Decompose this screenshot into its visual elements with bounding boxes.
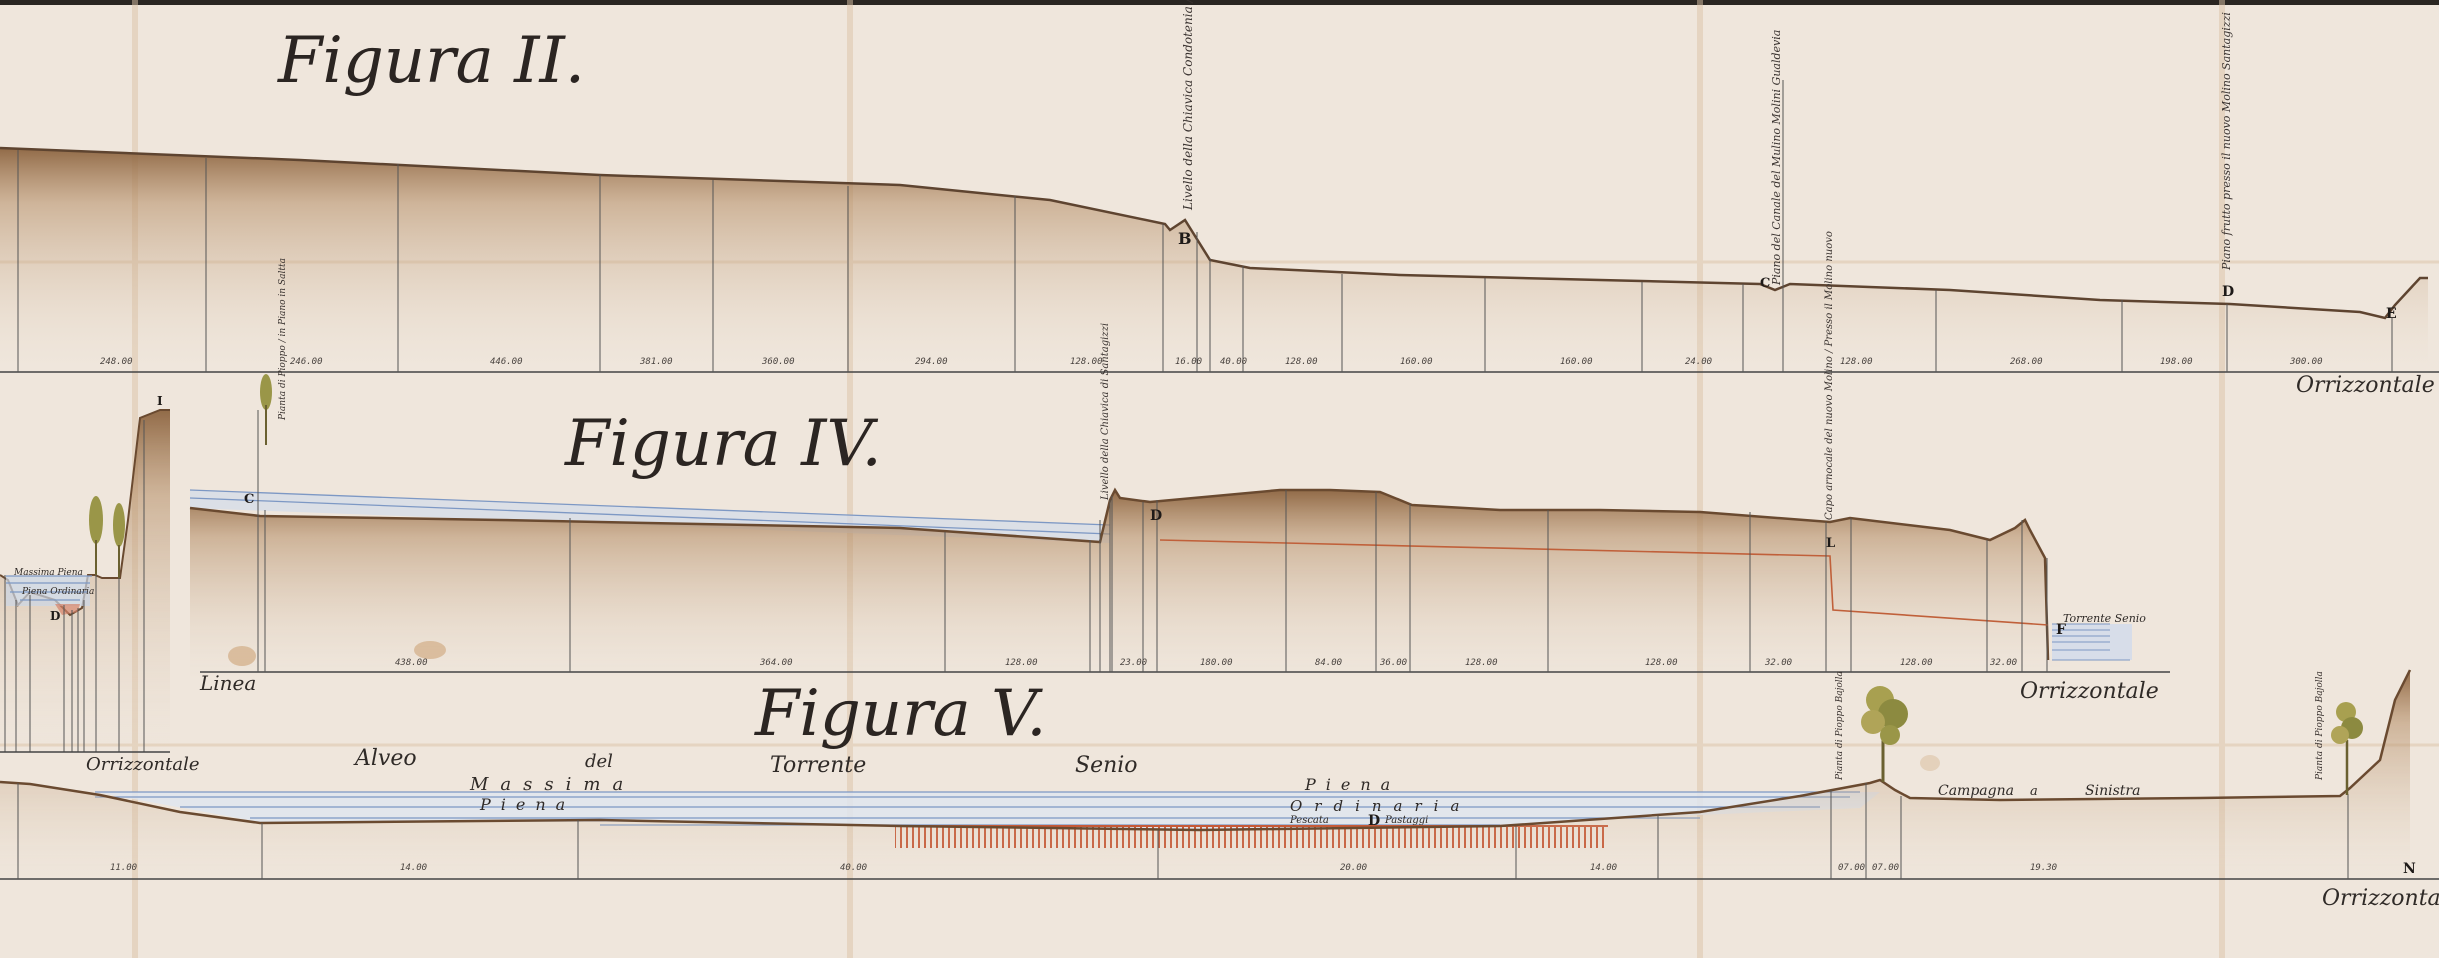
- svg-text:36.00: 36.00: [1379, 658, 1407, 668]
- a-label: a: [2030, 784, 2038, 799]
- annotation-C: Piano del Canale del Mulino Molini Guald…: [1770, 30, 1783, 286]
- svg-text:07.00: 07.00: [1872, 863, 1899, 873]
- svg-text:128.00: 128.00: [1070, 357, 1103, 367]
- svg-text:14.00: 14.00: [400, 863, 427, 873]
- svg-text:128.00: 128.00: [1465, 658, 1498, 668]
- fig5-orrizzontale: Orrizzontale: [2322, 886, 2439, 911]
- poplar-tree-C: [260, 374, 272, 445]
- svg-text:19.30: 19.30: [2030, 863, 2057, 873]
- svg-text:84.00: 84.00: [1315, 658, 1342, 668]
- svg-text:128.00: 128.00: [1900, 658, 1933, 668]
- svg-text:294.00: 294.00: [915, 357, 948, 367]
- annotation-B: Livello della Chiavica Condotenia / Fond…: [1181, 0, 1195, 211]
- torrente-senio-label: Torrente Senio: [2063, 612, 2146, 625]
- left-cross-section: Massima Piena Piena Ordinaria D I: [0, 394, 200, 775]
- svg-text:438.00: 438.00: [395, 658, 428, 668]
- point-C: C: [1760, 276, 1770, 291]
- figure-5: Figura V.: [0, 670, 2439, 911]
- point-L: L: [1826, 536, 1835, 551]
- profile-drawing: Figura II.: [0, 0, 2439, 958]
- svg-text:246.00: 246.00: [290, 357, 323, 367]
- svg-text:128.00: 128.00: [1840, 357, 1873, 367]
- point-I: I: [157, 394, 163, 408]
- point-D: D: [2222, 284, 2234, 300]
- svg-text:32.00: 32.00: [1764, 658, 1792, 668]
- annotation-fig4-D: Livello della Chiavica di Santagizzi: [1100, 323, 1111, 501]
- del-label: del: [585, 751, 613, 772]
- svg-text:128.00: 128.00: [1285, 357, 1318, 367]
- pescata-label: Pescata: [1289, 815, 1329, 826]
- svg-text:07.00: 07.00: [1838, 863, 1865, 873]
- alveo-label: Alveo: [353, 746, 417, 771]
- massima-label: Massima: [469, 774, 635, 795]
- annotation-D: Piano frutto presso il nuovo Molino Sant…: [2220, 12, 2233, 271]
- svg-text:20.00: 20.00: [1340, 863, 1367, 873]
- svg-text:23.00: 23.00: [1120, 658, 1147, 668]
- drawing-sheet: Figura II.: [0, 0, 2439, 958]
- ordinaria-label: Ordinaria: [1290, 797, 1471, 815]
- svg-text:24.00: 24.00: [1685, 357, 1712, 367]
- point-C-fig4: C: [244, 492, 254, 507]
- piena-max-label: Piena: [479, 795, 575, 814]
- figure-2-title: Figura II.: [277, 24, 585, 98]
- svg-text:446.00: 446.00: [490, 357, 523, 367]
- annotation-C-fig4: Pianta di Pioppo / in Piano in Saltta: [278, 258, 288, 421]
- tree-label-2: Pianta di Pioppo Bajolla: [2315, 671, 2325, 781]
- terrain-fill: [0, 148, 2428, 370]
- tree-label-1: Pianta di Pioppo Bajolla: [1835, 671, 1845, 781]
- svg-text:300.00: 300.00: [2289, 357, 2323, 367]
- poplar-tree: [89, 496, 125, 578]
- point-B: B: [1178, 229, 1192, 248]
- figure-5-title: Figura V.: [754, 677, 1047, 751]
- svg-text:128.00: 128.00: [1005, 658, 1038, 668]
- point-N: N: [2403, 861, 2416, 877]
- sinistra-label: Sinistra: [2085, 783, 2140, 799]
- svg-text:248.00: 248.00: [100, 357, 133, 367]
- torrente-label: Torrente: [770, 753, 866, 778]
- piena-ord-label: Piena: [1304, 775, 1400, 794]
- svg-text:16.00: 16.00: [1175, 357, 1202, 367]
- svg-text:160.00: 160.00: [1400, 357, 1433, 367]
- linea-label: Linea: [199, 671, 256, 695]
- point-D-fig5: D: [1368, 813, 1380, 829]
- orrizzontale-label: Orrizzontale: [2296, 373, 2435, 398]
- pastaggi-label: Pastaggi: [1384, 815, 1428, 826]
- fig4-orrizzontale: Orrizzontale: [2020, 679, 2159, 704]
- svg-text:40.00: 40.00: [1220, 357, 1247, 367]
- point-D-fig4: D: [1150, 508, 1162, 524]
- svg-text:160.00: 160.00: [1560, 357, 1593, 367]
- svg-text:40.00: 40.00: [840, 863, 867, 873]
- svg-text:180.00: 180.00: [1200, 658, 1233, 668]
- svg-text:268.00: 268.00: [2010, 357, 2043, 367]
- oak-tree-1: [1861, 686, 1908, 782]
- svg-text:32.00: 32.00: [1989, 658, 2017, 668]
- senio-label: Senio: [1075, 753, 1138, 778]
- svg-text:381.00: 381.00: [639, 357, 673, 367]
- water-label-ord: Piena Ordinaria: [21, 587, 94, 597]
- svg-text:11.00: 11.00: [110, 863, 137, 873]
- svg-text:360.00: 360.00: [761, 357, 795, 367]
- water-label-max: Massima Piena: [13, 568, 83, 578]
- annotation-L: Capo arnocale del nuovo Molino / Presso …: [1824, 231, 1835, 520]
- svg-text:364.00: 364.00: [759, 658, 793, 668]
- figure-4-title: Figura IV.: [564, 407, 882, 481]
- point-D-section: D: [50, 609, 60, 623]
- svg-text:14.00: 14.00: [1590, 863, 1617, 873]
- section-orrizzontale: Orrizzontale: [86, 754, 200, 775]
- svg-text:198.00: 198.00: [2160, 357, 2193, 367]
- campagna-label: Campagna: [1938, 783, 2014, 799]
- svg-text:128.00: 128.00: [1645, 658, 1678, 668]
- point-E: E: [2386, 306, 2397, 322]
- figure-2: Figura II.: [0, 0, 2439, 398]
